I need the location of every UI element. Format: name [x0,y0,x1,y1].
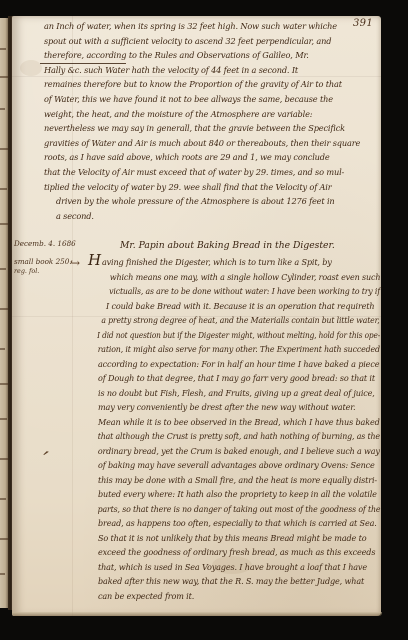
ink-trace [0,108,5,110]
drop-cap: H [88,255,101,265]
text-line: weight, the heat, and the moisture of th… [42,107,374,122]
text-line: of Water, this we have found it not to b… [42,92,374,107]
text-line: Mean while it is to bee observed in the … [88,415,380,430]
text-line: according to expectation: For in half an… [88,357,380,372]
page-bottom-edge [12,612,382,616]
text-line: victualls, as are to be done without wat… [88,284,369,299]
text-line: an Inch of water, when its spring is 32 … [42,19,374,34]
margin-note-date: Decemb. 4. 1686 [14,239,76,248]
text-line: I did not question but if the Digester m… [88,328,354,343]
text-line: buted every where: It hath also the prop… [88,487,380,502]
text-line: gravities of Water and Air is much about… [42,136,374,151]
text-line: ration, it might also serve for many oth… [88,342,371,357]
text-line: that, which is used in Sea Voyages. I ha… [88,560,380,575]
text-line: roots, as I have said above, which roots… [42,150,374,165]
text-line: which means one may, with a single hollo… [88,270,377,285]
section-heading: Mr. Papin about Baking Bread in the Dige… [120,240,335,251]
text-line: tiplied the velocity of water by 29. wee… [42,180,374,195]
text-line: driven by the whole pressure of the Atmo… [42,194,374,209]
text-line: bread, as happens too often, especially … [88,516,380,531]
text-line: a pretty strong degree of heat, and the … [88,313,367,328]
ink-trace [0,348,5,350]
paper-stain [20,60,42,76]
text-line: can be expected from it. [88,589,380,604]
ink-trace [0,573,5,575]
paragraph-baking-bread: Having finished the Digester, which is t… [88,255,380,603]
margin-note-reference: small book 250. [14,257,72,266]
text-line-with-drop-cap: Having finished the Digester, which is t… [88,255,380,270]
text-line: therefore, according to the Rules and Ob… [42,48,374,63]
ink-trace [0,498,6,500]
margin-pen-stroke-icon: ′ [39,448,49,473]
ink-trace [0,268,6,270]
text-line: that although the Crust is pretty soft, … [88,429,371,444]
margin-flourish-icon: ↪ [70,256,80,270]
text-line: that the Velocity of Air must exceed tha… [42,165,374,180]
text-line: I could bake Bread with it. Because it i… [88,299,380,314]
text-line: of Dough to that degree, that I may go f… [88,371,380,386]
text-line: remaines therefore but to know the Propo… [42,77,374,92]
text-line: aving finished the Digester, which is to… [102,257,332,267]
ink-trace [0,418,7,420]
manuscript-page: 391 an Inch of water, when its spring is… [12,16,381,616]
text-line: nevertheless we may say in generall, tha… [42,121,374,136]
ink-trace [0,48,6,50]
text-line: baked after this new way, that the R. S.… [88,574,380,589]
margin-note-register: reg. fol. [14,267,39,275]
text-line: ordinary bread, yet the Crum is baked en… [88,444,376,459]
text-line: Hally &c. such Water hath the velocity o… [42,63,374,78]
text-line: a second. [42,209,374,224]
text-line: this may be done with a Small fire, and … [88,473,380,488]
paragraph-air-velocity: an Inch of water, when its spring is 32 … [42,19,374,223]
text-line: exceed the goodness of ordinary fresh br… [88,545,380,560]
text-line: parts, so that there is no danger of tak… [88,502,370,517]
ink-trace [0,188,7,190]
text-line: of baking may have severall advantages a… [88,458,380,473]
text-line: may very conveniently be drest after the… [88,400,380,415]
strikethrough-mark [40,63,126,64]
text-line: is no doubt but Fish, Flesh, and Fruits,… [88,386,380,401]
text-line: So that it is not unlikely that by this … [88,531,380,546]
text-line: spout out with a sufficient velocity to … [42,34,374,49]
